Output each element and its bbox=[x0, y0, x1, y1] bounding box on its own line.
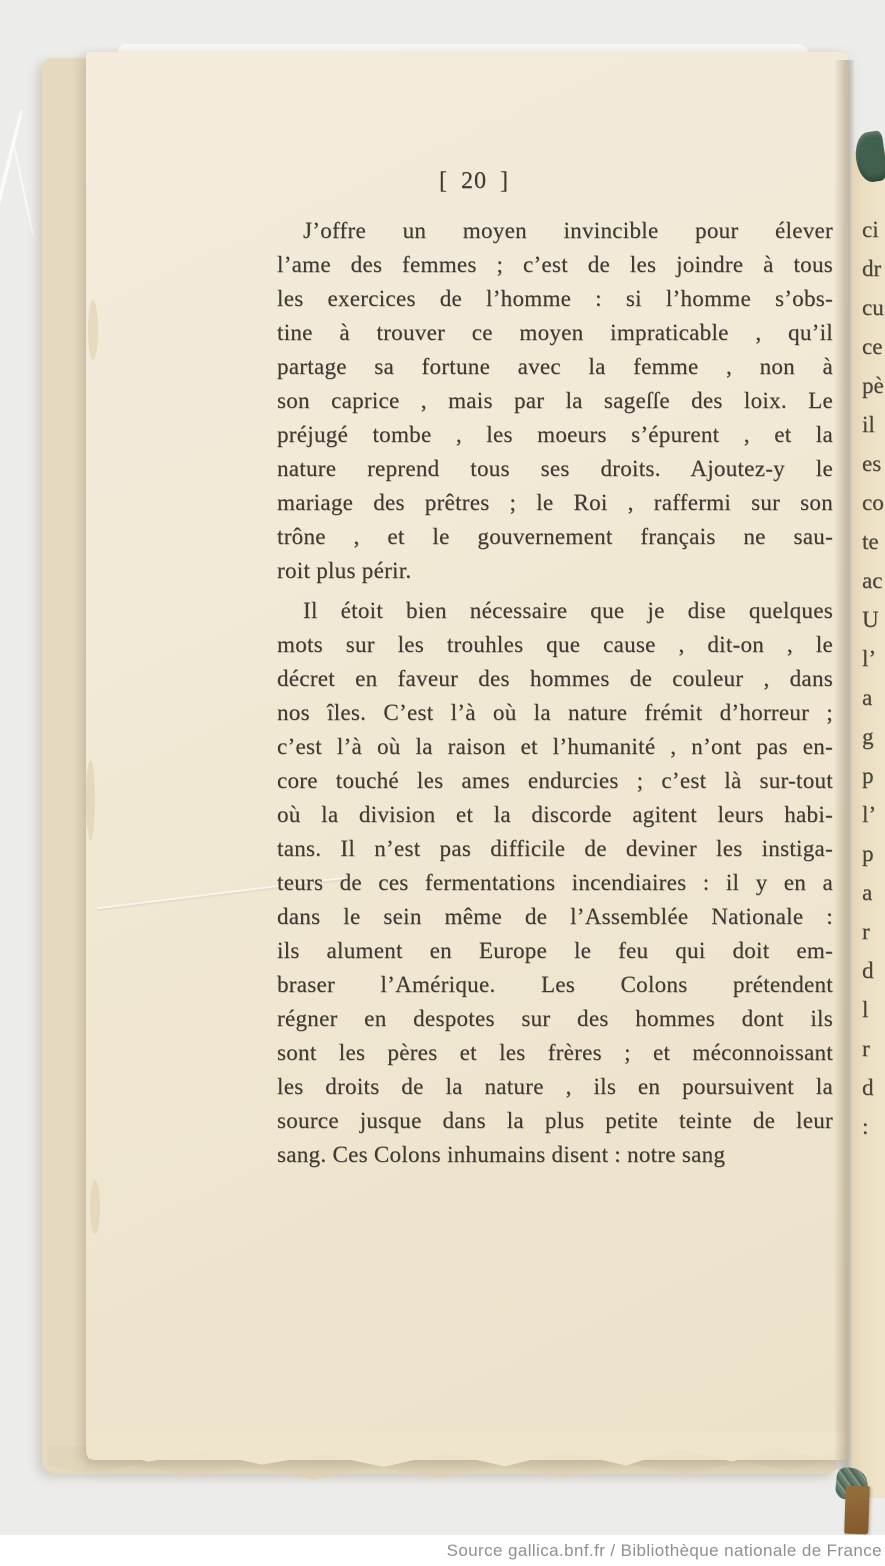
facing-page-line-fragment: te bbox=[862, 522, 885, 561]
facing-page-line-fragment: d bbox=[862, 1068, 885, 1107]
facing-page-line-fragment: ac bbox=[862, 561, 885, 600]
facing-page-line-fragment: p bbox=[862, 834, 885, 873]
paper-stain bbox=[88, 300, 98, 360]
text-line: source jusque dans la plus petite teinte… bbox=[277, 1104, 833, 1138]
text-line: core touché les ames endurcies ; c’est l… bbox=[277, 764, 833, 798]
facing-page-line-fragment: dr bbox=[862, 249, 885, 288]
facing-page-line-fragment: co bbox=[862, 483, 885, 522]
facing-page-line-fragment: ci bbox=[862, 210, 885, 249]
paper-fiber bbox=[12, 141, 34, 235]
text-line: nos îles. C’est l’à où la nature frémit … bbox=[277, 696, 833, 730]
scanned-book-view: [ 20 ] J’offre un moyen invincible pour … bbox=[0, 0, 885, 1566]
text-line: sont les pères et les frères ; et méconn… bbox=[277, 1036, 833, 1070]
facing-page-line-fragment: ce bbox=[862, 327, 885, 366]
book-cover-edge bbox=[844, 1486, 870, 1535]
text-line: roit plus périr. bbox=[277, 554, 833, 588]
facing-page-line-fragment: l bbox=[862, 990, 885, 1029]
text-line: où la division et la discorde agitent le… bbox=[277, 798, 833, 832]
facing-page-line-fragment: : bbox=[862, 1107, 885, 1146]
text-line: teurs de ces fermentations incendiaires … bbox=[277, 866, 833, 900]
text-line: braser l’Amérique. Les Colons prétendent bbox=[277, 968, 833, 1002]
text-line: les droits de la nature , ils en poursui… bbox=[277, 1070, 833, 1104]
facing-page-line-fragment: p bbox=[862, 756, 885, 795]
facing-page-line-fragment: d bbox=[862, 951, 885, 990]
facing-page-line-fragment: U bbox=[862, 600, 885, 639]
text-line: les exercices de l’homme : si l’homme s’… bbox=[277, 282, 833, 316]
text-line: son caprice , mais par la sageſſe des lo… bbox=[277, 384, 833, 418]
gallica-source-label: Source gallica.bnf.fr / Bibliothèque nat… bbox=[447, 1541, 885, 1561]
facing-page-line-fragment: r bbox=[862, 1029, 885, 1068]
facing-page-line-fragment: il bbox=[862, 405, 885, 444]
text-line: trône , et le gouvernement français ne s… bbox=[277, 520, 833, 554]
facing-page-line-fragment: g bbox=[862, 717, 885, 756]
facing-page-line-fragment: a bbox=[862, 873, 885, 912]
facing-page-line-fragment: l’ bbox=[862, 639, 885, 678]
text-line: J’offre un moyen invincible pour élever bbox=[277, 214, 833, 248]
text-line: régner en despotes sur des hommes dont i… bbox=[277, 1002, 833, 1036]
book-gutter-shadow bbox=[834, 60, 854, 1470]
facing-page-line-fragment: r bbox=[862, 912, 885, 951]
text-line: ils alument en Europe le feu qui doit em… bbox=[277, 934, 833, 968]
facing-page-line-fragment: pè bbox=[862, 366, 885, 405]
facing-page-line-fragment: l’ bbox=[862, 795, 885, 834]
text-line: l’ame des femmes ; c’est de les joindre … bbox=[277, 248, 833, 282]
text-line: partage sa fortune avec la femme , non à bbox=[277, 350, 833, 384]
facing-page-line-fragment: es bbox=[862, 444, 885, 483]
text-line: tans. Il n’est pas difficile de deviner … bbox=[277, 832, 833, 866]
text-line: mariage des prêtres ; le Roi , raffermi … bbox=[277, 486, 833, 520]
text-line: sang. Ces Colons inhumains disent : notr… bbox=[277, 1138, 833, 1172]
facing-page-line-fragment: cu bbox=[862, 288, 885, 327]
text-line: mots sur les trouhles que cause , dit-on… bbox=[277, 628, 833, 662]
paragraph: J’offre un moyen invincible pour éleverl… bbox=[277, 214, 833, 588]
page-number-header: [ 20 ] bbox=[194, 168, 754, 195]
text-line: préjugé tombe , les moeurs s’épurent , e… bbox=[277, 418, 833, 452]
text-line: c’est l’à où la raison et l’humanité , n… bbox=[277, 730, 833, 764]
facing-page-text-fragments: cidrcucepèilescoteacUl’agpl’pardlrd: bbox=[862, 210, 885, 1146]
paper-stain bbox=[86, 760, 95, 840]
text-line: nature reprend tous ses droits. Ajoutez-… bbox=[277, 452, 833, 486]
text-line: décret en faveur des hommes de couleur ,… bbox=[277, 662, 833, 696]
text-line: Il étoit bien nécessaire que je dise que… bbox=[277, 594, 833, 628]
paragraph: Il étoit bien nécessaire que je dise que… bbox=[277, 594, 833, 1172]
text-block: J’offre un moyen invincible pour éleverl… bbox=[277, 214, 833, 1178]
gallica-footer: Source gallica.bnf.fr / Bibliothèque nat… bbox=[0, 1535, 885, 1566]
paper-stain bbox=[90, 1180, 100, 1234]
text-line: tine à trouver ce moyen impraticable , q… bbox=[277, 316, 833, 350]
text-line: dans le sein même de l’Assemblée Nationa… bbox=[277, 900, 833, 934]
facing-page-line-fragment: a bbox=[862, 678, 885, 717]
